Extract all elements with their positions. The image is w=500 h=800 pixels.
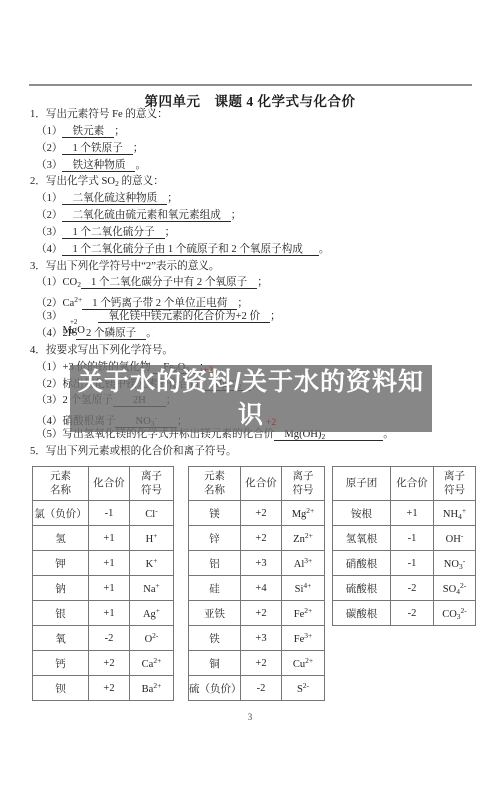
name-cell: 氢 (33, 526, 89, 551)
valence-cell: +2 (241, 526, 282, 551)
table-row: 钠+1Na+ (33, 576, 174, 601)
document-page: 第四单元 课题 4 化学式与化合价 1．写出元素符号 Fe 的意义： （1）铁元… (0, 0, 500, 800)
question-2-title: 2．写出化学式 SO2 的意义： (30, 174, 482, 191)
answer-blank: 1 个二氧化硫分子由 1 个硫原子和 2 个氧原子构成 (62, 244, 318, 256)
question-1-title: 1．写出元素符号 Fe 的意义： (30, 107, 482, 124)
table-row: 铜+2Cu2+ (189, 651, 325, 676)
table-row: 铵根+1NH4+ (333, 501, 476, 526)
question-3-item-1: （1）CO21 个二氧化碳分子中有 2 个氧原子； (30, 275, 482, 292)
element-valence-table-2: 元素 名称 化合价 离子 符号 镁+2Mg2+锌+2Zn2+铝+3Al3+硅+4… (188, 466, 325, 701)
valence-cell: +4 (241, 576, 282, 601)
valence-cell: +2 (89, 676, 130, 701)
name-cell: 锌 (189, 526, 241, 551)
question-3-item-4: （4）2P 2 个磷原子。 (30, 326, 482, 343)
ion-symbol-cell: CO32- (434, 601, 476, 626)
name-cell: 氯（负价） (33, 501, 89, 526)
ion-symbol-cell: Ca2+ (130, 651, 174, 676)
name-cell: 硅 (189, 576, 241, 601)
ion-symbol-cell: Si4+ (282, 576, 325, 601)
element-valence-table-1: 元素 名称 化合价 离子 符号 氯（负价）-1Cl-氢+1H+钾+1K+钠+1N… (32, 466, 174, 701)
ion-symbol-cell: NH4+ (434, 501, 476, 526)
ion-symbol-cell: H+ (130, 526, 174, 551)
name-cell: 硝酸根 (333, 551, 391, 576)
answer-blank: 氧化镁中镁元素的化合价为+2 价 (98, 311, 270, 323)
ion-symbol-cell: Fe2+ (282, 601, 325, 626)
question-3-item-2: （2）Ca2+1 个钙离子带 2 个单位正电荷； (30, 292, 482, 309)
name-cell: 铁 (189, 626, 241, 651)
question-2-item-2: （2）二氧化硫由硫元素和氧元素组成； (30, 208, 482, 225)
name-cell: 氧 (33, 626, 89, 651)
ion-symbol-cell: S2- (282, 676, 325, 701)
watermark-text-line-2: 识 (238, 399, 264, 432)
answer-blank: 1 个二氧化碳分子中有 2 个氧原子 (81, 277, 257, 289)
valence-cell: -1 (89, 501, 130, 526)
table-row: 硫（负价）-2S2- (189, 676, 325, 701)
name-cell: 钡 (33, 676, 89, 701)
question-1-item-1: （1）铁元素； (30, 124, 482, 141)
table-row: 钙+2Ca2+ (33, 651, 174, 676)
column-header-valence: 化合价 (241, 467, 282, 501)
ion-symbol-cell: SO42- (434, 576, 476, 601)
valence-cell: -1 (391, 526, 434, 551)
table-row: 碳酸根-2CO32- (333, 601, 476, 626)
valence-cell: +1 (89, 526, 130, 551)
valence-cell: -2 (89, 626, 130, 651)
question-1-item-3: （3）铁这种物质。 (30, 158, 482, 175)
table-row: 镁+2Mg2+ (189, 501, 325, 526)
table-row: 亚铁+2Fe2+ (189, 601, 325, 626)
table-row: 硅+4Si4+ (189, 576, 325, 601)
ion-symbol-cell: O2- (130, 626, 174, 651)
name-cell: 亚铁 (189, 601, 241, 626)
valence-cell: +2 (241, 601, 282, 626)
name-cell: 硫酸根 (333, 576, 391, 601)
table-header-row: 元素 名称 化合价 离子 符号 (33, 467, 174, 501)
name-cell: 氢氧根 (333, 526, 391, 551)
answer-blank: 1 个铁原子 (62, 143, 132, 155)
column-header-ion-symbol: 离子 符号 (282, 467, 325, 501)
column-header-element-name: 元素 名称 (33, 467, 89, 501)
column-header-radical: 原子团 (333, 467, 391, 501)
question-2-item-4: （4）1 个二氧化硫分子由 1 个硫原子和 2 个氧原子构成。 (30, 242, 482, 259)
valence-cell: -2 (391, 576, 434, 601)
table-row: 氢氧根-1OH- (333, 526, 476, 551)
ion-symbol-cell: NO3- (434, 551, 476, 576)
table-row: 银+1Ag+ (33, 601, 174, 626)
answer-blank: 二氧化硫由硫元素和氧元素组成 (62, 210, 230, 222)
column-header-element-name: 元素 名称 (189, 467, 241, 501)
ion-symbol-cell: Na+ (130, 576, 174, 601)
question-2-item-1: （1）二氧化硫这种物质； (30, 191, 482, 208)
page-number: 3 (0, 712, 500, 722)
question-4-title: 4．按要求写出下列化学符号。 (30, 343, 482, 360)
answer-blank: 铁这种物质 (62, 160, 135, 172)
valence-cell: +2 (89, 651, 130, 676)
name-cell: 银 (33, 601, 89, 626)
red-valence-mark-1: +2 (203, 366, 213, 376)
question-2-item-3: （3）1 个二氧化硫分子； (30, 225, 482, 242)
question-5-title: 5．写出下列元素或根的化合价和离子符号。 (30, 444, 482, 461)
red-valence-mark-2: +2 (266, 418, 276, 428)
valence-cell: +1 (391, 501, 434, 526)
watermark-overlay: 关于水的资料/关于水的资料知 识 (70, 365, 432, 432)
table-row: 钾+1K+ (33, 551, 174, 576)
table-row: 锌+2Zn2+ (189, 526, 325, 551)
valence-cell: -1 (391, 551, 434, 576)
table-row: 氧-2O2- (33, 626, 174, 651)
column-header-ion-symbol: 离子 符号 (434, 467, 476, 501)
answer-blank: 2 个磷原子 (76, 328, 146, 340)
name-cell: 碳酸根 (333, 601, 391, 626)
ion-symbol-cell: Mg2+ (282, 501, 325, 526)
header-rule (29, 84, 472, 86)
table-row: 硫酸根-2SO42- (333, 576, 476, 601)
ion-symbol-cell: Ag+ (130, 601, 174, 626)
ion-symbol-cell: Zn2+ (282, 526, 325, 551)
valence-cell: +1 (89, 551, 130, 576)
valence-cell: -2 (391, 601, 434, 626)
question-1-item-2: （2）1 个铁原子； (30, 141, 482, 158)
ion-symbol-cell: OH- (434, 526, 476, 551)
valence-cell: -2 (241, 676, 282, 701)
table-row: 铝+3Al3+ (189, 551, 325, 576)
table-row: 硝酸根-1NO3- (333, 551, 476, 576)
ion-symbol-cell: Cl- (130, 501, 174, 526)
answer-blank: 铁元素 (62, 126, 114, 138)
valence-cell: +3 (241, 551, 282, 576)
radical-valence-table: 原子团 化合价 离子 符号 铵根+1NH4+氢氧根-1OH-硝酸根-1NO3-硫… (332, 466, 476, 626)
table-row: 铁+3Fe3+ (189, 626, 325, 651)
valence-cell: +3 (241, 626, 282, 651)
table-row: 钡+2Ba2+ (33, 676, 174, 701)
name-cell: 铵根 (333, 501, 391, 526)
ion-symbol-cell: Cu2+ (282, 651, 325, 676)
name-cell: 钾 (33, 551, 89, 576)
ion-symbol-cell: K+ (130, 551, 174, 576)
column-header-valence: 化合价 (89, 467, 130, 501)
answer-blank: 二氧化硫这种物质 (62, 193, 167, 205)
question-3-item-3: （3）+2MgO 氧化镁中镁元素的化合价为+2 价； (30, 309, 482, 326)
ion-symbol-cell: Fe3+ (282, 626, 325, 651)
table-header-row: 原子团 化合价 离子 符号 (333, 467, 476, 501)
valence-cell: +2 (241, 501, 282, 526)
ion-symbol-cell: Al3+ (282, 551, 325, 576)
table-row: 氢+1H+ (33, 526, 174, 551)
ion-symbol-cell: Ba2+ (130, 676, 174, 701)
table-row: 氯（负价）-1Cl- (33, 501, 174, 526)
name-cell: 钙 (33, 651, 89, 676)
name-cell: 铜 (189, 651, 241, 676)
name-cell: 镁 (189, 501, 241, 526)
table-header-row: 元素 名称 化合价 离子 符号 (189, 467, 325, 501)
answer-blank: 1 个二氧化硫分子 (62, 227, 164, 239)
column-header-valence: 化合价 (391, 467, 434, 501)
valence-cell: +1 (89, 576, 130, 601)
valence-cell: +1 (89, 601, 130, 626)
name-cell: 铝 (189, 551, 241, 576)
column-header-ion-symbol: 离子 符号 (130, 467, 174, 501)
name-cell: 钠 (33, 576, 89, 601)
watermark-text-line-1: 关于水的资料/关于水的资料知 (78, 366, 424, 399)
valence-cell: +2 (241, 651, 282, 676)
name-cell: 硫（负价） (189, 676, 241, 701)
question-3-title: 3．写出下列化学符号中“2”表示的意义。 (30, 259, 482, 276)
